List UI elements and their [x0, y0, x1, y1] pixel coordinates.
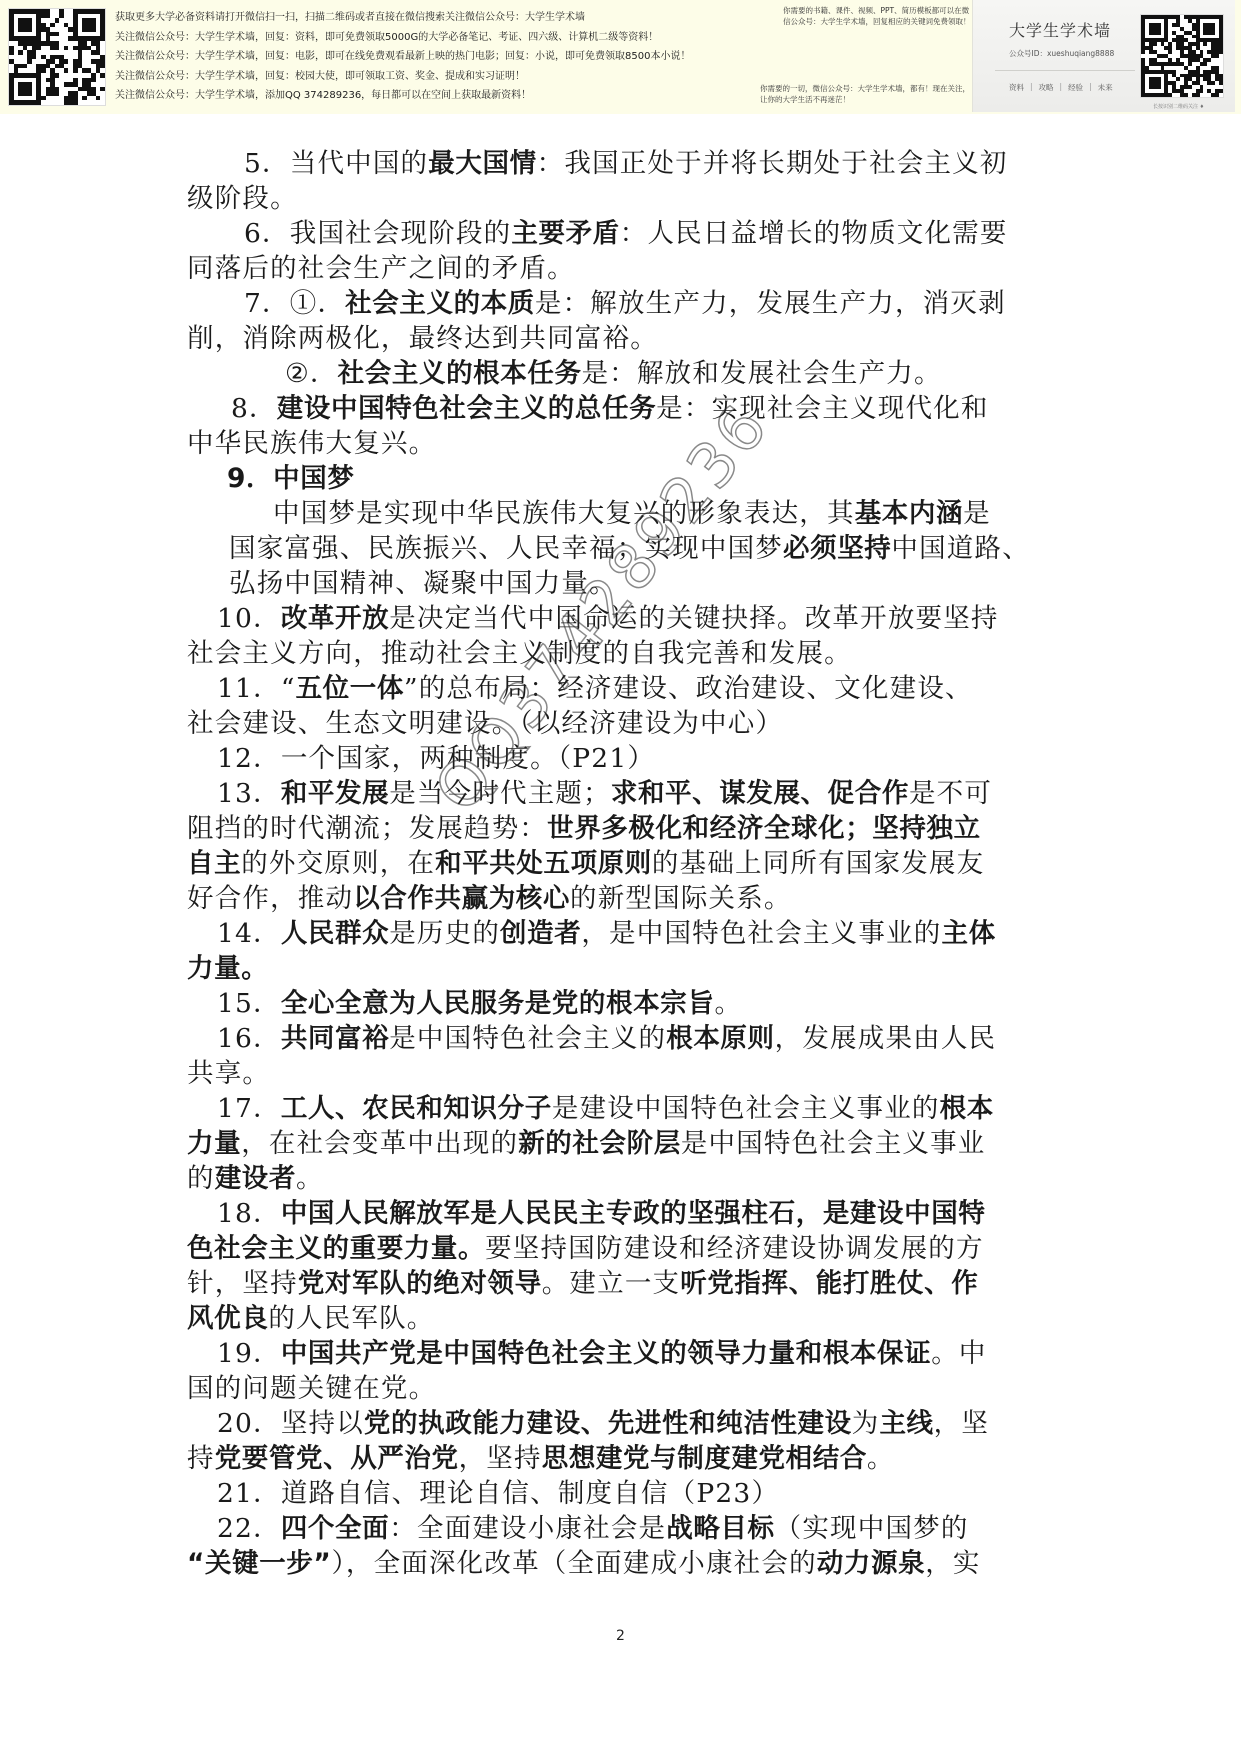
link-weilai: 未来 — [1098, 82, 1113, 93]
text-line: 5．当代中国的最大国情：我国正处于并将长期处于社会主义初 — [187, 146, 1057, 181]
bold-term: 党要管党、从严治党 — [215, 1443, 459, 1474]
text-run: ：人民日益增长的物质文化需要 — [620, 218, 1008, 249]
bold-term: 战略目标 — [666, 1513, 774, 1544]
text-line: 14．人民群众是历史的创造者，是中国特色社会主义事业的主体 — [187, 916, 1057, 951]
text-run: 中国梦是实现中华民族伟大复兴的形象表达，其 — [273, 498, 855, 529]
text-run: 11．“ — [217, 673, 296, 704]
text-run: 是当今时代主题； — [389, 778, 611, 809]
document-body: 5．当代中国的最大国情：我国正处于并将长期处于社会主义初级阶段。6．我国社会现阶… — [187, 146, 1057, 1581]
banner-note-top: 你需要的书籍、课件、视频、PPT、简历模板都可以在微信公众号：大学生学术墙，回复… — [783, 5, 973, 27]
text-run: ，发展成果由人民 — [775, 1023, 997, 1054]
text-run: 针，坚持 — [187, 1268, 298, 1299]
text-line: 11．“五位一体”的总布局：经济建设、政治建设、文化建设、 — [187, 671, 1057, 706]
text-run: 。建立一支 — [542, 1268, 681, 1299]
text-run: 是 — [963, 498, 991, 529]
text-line: 好合作，推动以合作共赢为核心的新型国际关系。 — [187, 881, 1057, 916]
banner-line: 关注微信公众号：大学生学术墙，回复：校园大使，即可领取工资、奖金、提成和实习证明… — [115, 67, 765, 87]
text-run: ②． — [285, 358, 338, 389]
text-run: ：全面建设小康社会是 — [389, 1513, 666, 1544]
text-run: （实现中国梦的 — [775, 1513, 969, 1544]
divider — [995, 70, 1135, 71]
bold-term: 人民群众 — [281, 918, 389, 949]
text-run: 的基础上同所有国家发展友 — [652, 848, 984, 879]
bold-term: 动力源泉 — [817, 1548, 925, 1579]
text-run: 国家富强、民族振兴、人民幸福；实现中国梦 — [229, 533, 783, 564]
text-line: 10．改革开放是决定当代中国命运的关键抉择。改革开放要坚持 — [187, 601, 1057, 636]
bold-term: 党的执政能力建设、先进性和纯洁性建设 — [364, 1408, 852, 1439]
text-line: 力量，在社会变革中出现的新的社会阶层是中国特色社会主义事业 — [187, 1126, 1057, 1161]
bold-term: 主要矛盾 — [511, 218, 619, 249]
text-run: 13． — [217, 778, 281, 809]
qr-code-icon — [1140, 14, 1224, 98]
text-run: 级阶段。 — [187, 183, 298, 214]
text-line: 级阶段。 — [187, 181, 1057, 216]
text-line: 国家富强、民族振兴、人民幸福；实现中国梦必须坚持中国道路、 — [187, 531, 1057, 566]
bold-term: 工人、农民和知识分子 — [281, 1093, 552, 1124]
banner-line: 获取更多大学必备资料请打开微信扫一扫，扫描二维码或者直接在微信搜索关注微信公众号… — [115, 8, 765, 28]
text-run: 16． — [217, 1023, 281, 1054]
bold-term: 建设者 — [215, 1163, 296, 1194]
account-id: 公众号ID：xueshuqiang8888 — [1009, 48, 1114, 59]
bold-term: 改革开放 — [281, 603, 389, 634]
text-run: ，实 — [925, 1548, 980, 1579]
text-run: 。中 — [931, 1338, 986, 1369]
text-run: 15． — [217, 988, 281, 1019]
text-run: 要坚持国防建设和经济建设协调发展的方 — [485, 1233, 984, 1264]
banner-text: 获取更多大学必备资料请打开微信扫一扫，扫描二维码或者直接在微信搜索关注微信公众号… — [115, 8, 765, 106]
text-run: 12．一个国家，两种制度。（P21） — [217, 743, 655, 774]
bold-term: 力量。 — [187, 953, 268, 984]
text-run: 是历史的 — [389, 918, 500, 949]
text-run: 同落后的社会生产之间的矛盾。 — [187, 253, 575, 284]
text-run: 7．①． — [244, 288, 345, 319]
text-run: 为 — [852, 1408, 880, 1439]
page-number: 2 — [0, 1628, 1241, 1644]
bold-term: 听党指挥、能打胜仗、作 — [680, 1268, 978, 1299]
text-line: 风优良的人民军队。 — [187, 1301, 1057, 1336]
text-run: 20．坚持以 — [217, 1408, 364, 1439]
text-line: “关键一步”），全面深化改革（全面建成小康社会的动力源泉，实 — [187, 1546, 1057, 1581]
text-run: 8． — [231, 393, 277, 424]
bold-term: 色社会主义的重要力量。 — [187, 1233, 485, 1264]
text-run: ，坚 — [934, 1408, 989, 1439]
text-run: 。 — [714, 988, 742, 1019]
bold-term: 新的社会阶层 — [518, 1128, 681, 1159]
text-run: 中国道路、 — [891, 533, 1030, 564]
text-run: 19． — [217, 1338, 281, 1369]
text-run: 是不可 — [909, 778, 992, 809]
text-line: 6．我国社会现阶段的主要矛盾：人民日益增长的物质文化需要 — [187, 216, 1057, 251]
bold-term: 党对军队的绝对领导 — [298, 1268, 542, 1299]
text-line: 7．①．社会主义的本质是：解放生产力，发展生产力，消灭剥 — [187, 286, 1057, 321]
bold-term: 根本 — [940, 1093, 994, 1124]
banner-line: 关注微信公众号：大学生学术墙，添加QQ 374289236，每日都可以在空间上获… — [115, 86, 765, 106]
text-line: 20．坚持以党的执政能力建设、先进性和纯洁性建设为主线，坚 — [187, 1406, 1057, 1441]
text-run: 14． — [217, 918, 281, 949]
text-line: 中华民族伟大复兴。 — [187, 426, 1057, 461]
link-ziliao: 资料 — [1009, 82, 1024, 93]
text-line: 19．中国共产党是中国特色社会主义的领导力量和根本保证。中 — [187, 1336, 1057, 1371]
text-run: 持 — [187, 1443, 215, 1474]
account-title: 大学生学术墙 — [1009, 18, 1111, 41]
text-run: 是：实现社会主义现代化和 — [656, 393, 988, 424]
bold-term: 全心全意为人民服务是党的根本宗旨 — [281, 988, 715, 1019]
text-line: 削，消除两极化，最终达到共同富裕。 — [187, 321, 1057, 356]
bold-term: 五位一体 — [296, 673, 404, 704]
bold-term: 中国共产党是中国特色社会主义的领导力量和根本保证 — [281, 1338, 931, 1369]
text-run: 。 — [296, 1163, 324, 1194]
account-links: 资料| 攻略| 经验| 未来 — [1009, 82, 1113, 93]
text-line: 力量。 — [187, 951, 1057, 986]
bold-term: 建设中国特色社会主义的总任务 — [277, 393, 656, 424]
text-line: 的建设者。 — [187, 1161, 1057, 1196]
bold-term: 以合作共赢为核心 — [353, 883, 570, 914]
text-line: 色社会主义的重要力量。要坚持国防建设和经济建设协调发展的方 — [187, 1231, 1057, 1266]
text-run: 18． — [217, 1198, 281, 1229]
banner-line: 关注微信公众号：大学生学术墙，回复：资料，即可免费领取5000G的大学必备笔记、… — [115, 28, 765, 48]
bold-term: “关键一步” — [187, 1548, 331, 1579]
text-run: 阻挡的时代潮流；发展趋势： — [187, 813, 547, 844]
text-line: 同落后的社会生产之间的矛盾。 — [187, 251, 1057, 286]
text-run: 的 — [187, 1163, 215, 1194]
bold-term: 和平发展 — [281, 778, 389, 809]
text-run: ：我国正处于并将长期处于社会主义初 — [537, 148, 1008, 179]
banner-line: 关注微信公众号：大学生学术墙，回复：电影，即可在线免费观看最新上映的热门电影；回… — [115, 47, 765, 67]
bold-term: 求和平、谋发展、促合作 — [611, 778, 909, 809]
text-line: 社会建设、生态文明建设。（以经济建设为中心） — [187, 706, 1057, 741]
text-run: 是：解放和发展社会生产力。 — [582, 358, 942, 389]
bold-term: 最大国情 — [428, 148, 536, 179]
bold-term: 必须坚持 — [783, 533, 891, 564]
bold-term: 主线 — [879, 1408, 933, 1439]
banner-note-bottom: 你需要的一切，微信公众号：大学生学术墙，都有！现在关注，让你的大学生活不再迷茫！ — [760, 83, 975, 105]
bold-term: 力量 — [187, 1128, 241, 1159]
text-line: ②．社会主义的根本任务是：解放和发展社会生产力。 — [187, 356, 1057, 391]
text-run: 。 — [867, 1443, 895, 1474]
bold-term: 风优良 — [187, 1303, 268, 1334]
qr-caption: 长按识别二维码关注 ♦ — [1153, 103, 1204, 110]
text-line: 18．中国人民解放军是人民民主专政的坚强柱石，是建设中国特 — [187, 1196, 1057, 1231]
text-line: 阻挡的时代潮流；发展趋势：世界多极化和经济全球化；坚持独立 — [187, 811, 1057, 846]
bold-term: 基本内涵 — [855, 498, 963, 529]
text-run: 社会建设、生态文明建设。（以经济建设为中心） — [187, 708, 783, 739]
text-line: 国的问题关键在党。 — [187, 1371, 1057, 1406]
text-line: 社会主义方向，推动社会主义制度的自我完善和发展。 — [187, 636, 1057, 671]
bold-term: 社会主义的本质 — [345, 288, 535, 319]
text-line: 13．和平发展是当今时代主题；求和平、谋发展、促合作是不可 — [187, 776, 1057, 811]
text-line: 共享。 — [187, 1056, 1057, 1091]
link-gonglue: 攻略 — [1039, 82, 1054, 93]
text-run: ，在社会变革中出现的 — [241, 1128, 518, 1159]
text-line: 16．共同富裕是中国特色社会主义的根本原则，发展成果由人民 — [187, 1021, 1057, 1056]
text-run: 的外交原则，在 — [241, 848, 435, 879]
bold-term: 中国人民解放军是人民民主专政的坚强柱石，是建设中国特 — [281, 1198, 986, 1229]
text-run: ”的总布局：经济建设、政治建设、文化建设、 — [404, 673, 973, 704]
bold-term: 社会主义的根本任务 — [338, 358, 582, 389]
text-run: 的人民军队。 — [268, 1303, 434, 1334]
text-line: 12．一个国家，两种制度。（P21） — [187, 741, 1057, 776]
text-run: 是中国特色社会主义的 — [389, 1023, 666, 1054]
bold-term: 思想建党与制度建党相结合 — [542, 1443, 867, 1474]
text-run: 21．道路自信、理论自信、制度自信（P23） — [217, 1478, 779, 1509]
text-run: ），全面深化改革（全面建成小康社会的 — [331, 1548, 816, 1579]
text-run: 是建设中国特色社会主义事业的 — [552, 1093, 940, 1124]
text-run: 6．我国社会现阶段的 — [244, 218, 511, 249]
bold-term: 和平共处五项原则 — [435, 848, 652, 879]
promo-banner: 获取更多大学必备资料请打开微信扫一扫，扫描二维码或者直接在微信搜索关注微信公众号… — [0, 0, 1241, 114]
text-run: 弘扬中国精神、凝聚中国力量。 — [229, 568, 617, 599]
text-run: 17． — [217, 1093, 281, 1124]
text-run: 是决定当代中国命运的关键抉择。改革开放要坚持 — [389, 603, 998, 634]
text-line: 17．工人、农民和知识分子是建设中国特色社会主义事业的根本 — [187, 1091, 1057, 1126]
text-line: 8．建设中国特色社会主义的总任务是：实现社会主义现代化和 — [187, 391, 1057, 426]
text-run: 是中国特色社会主义事业 — [681, 1128, 986, 1159]
bold-term: 9．中国梦 — [227, 463, 354, 494]
text-run: 国的问题关键在党。 — [187, 1373, 436, 1404]
bold-term: 世界多极化和经济全球化；坚持独立 — [547, 813, 981, 844]
text-run: ，是中国特色社会主义事业的 — [581, 918, 941, 949]
text-run: 削，消除两极化，最终达到共同富裕。 — [187, 323, 658, 354]
text-line: 21．道路自信、理论自信、制度自信（P23） — [187, 1476, 1057, 1511]
text-run: 5．当代中国的 — [244, 148, 428, 179]
text-run: 中华民族伟大复兴。 — [187, 428, 436, 459]
text-line: 针，坚持党对军队的绝对领导。建立一支听党指挥、能打胜仗、作 — [187, 1266, 1057, 1301]
text-run: 好合作，推动 — [187, 883, 353, 914]
text-line: 中国梦是实现中华民族伟大复兴的形象表达，其基本内涵是 — [187, 496, 1057, 531]
bold-term: 创造者 — [500, 918, 581, 949]
text-line: 弘扬中国精神、凝聚中国力量。 — [187, 566, 1057, 601]
text-line: 自主的外交原则，在和平共处五项原则的基础上同所有国家发展友 — [187, 846, 1057, 881]
text-run: 的新型国际关系。 — [570, 883, 792, 914]
bold-term: 四个全面 — [281, 1513, 389, 1544]
text-line: 15．全心全意为人民服务是党的根本宗旨。 — [187, 986, 1057, 1021]
text-run: 10． — [217, 603, 281, 634]
text-line: 9．中国梦 — [187, 461, 1057, 496]
qr-code-icon — [8, 8, 106, 106]
text-line: 22．四个全面：全面建设小康社会是战略目标（实现中国梦的 — [187, 1511, 1057, 1546]
text-run: 社会主义方向，推动社会主义制度的自我完善和发展。 — [187, 638, 852, 669]
text-line: 持党要管党、从严治党，坚持思想建党与制度建党相结合。 — [187, 1441, 1057, 1476]
text-run: 22． — [217, 1513, 281, 1544]
bold-term: 主体 — [941, 918, 995, 949]
link-jingyan: 经验 — [1068, 82, 1083, 93]
text-run: 是：解放生产力，发展生产力，消灭剥 — [535, 288, 1006, 319]
text-run: 共享。 — [187, 1058, 270, 1089]
text-run: ，坚持 — [459, 1443, 542, 1474]
bold-term: 根本原则 — [666, 1023, 774, 1054]
bold-term: 共同富裕 — [281, 1023, 389, 1054]
bold-term: 自主 — [187, 848, 241, 879]
